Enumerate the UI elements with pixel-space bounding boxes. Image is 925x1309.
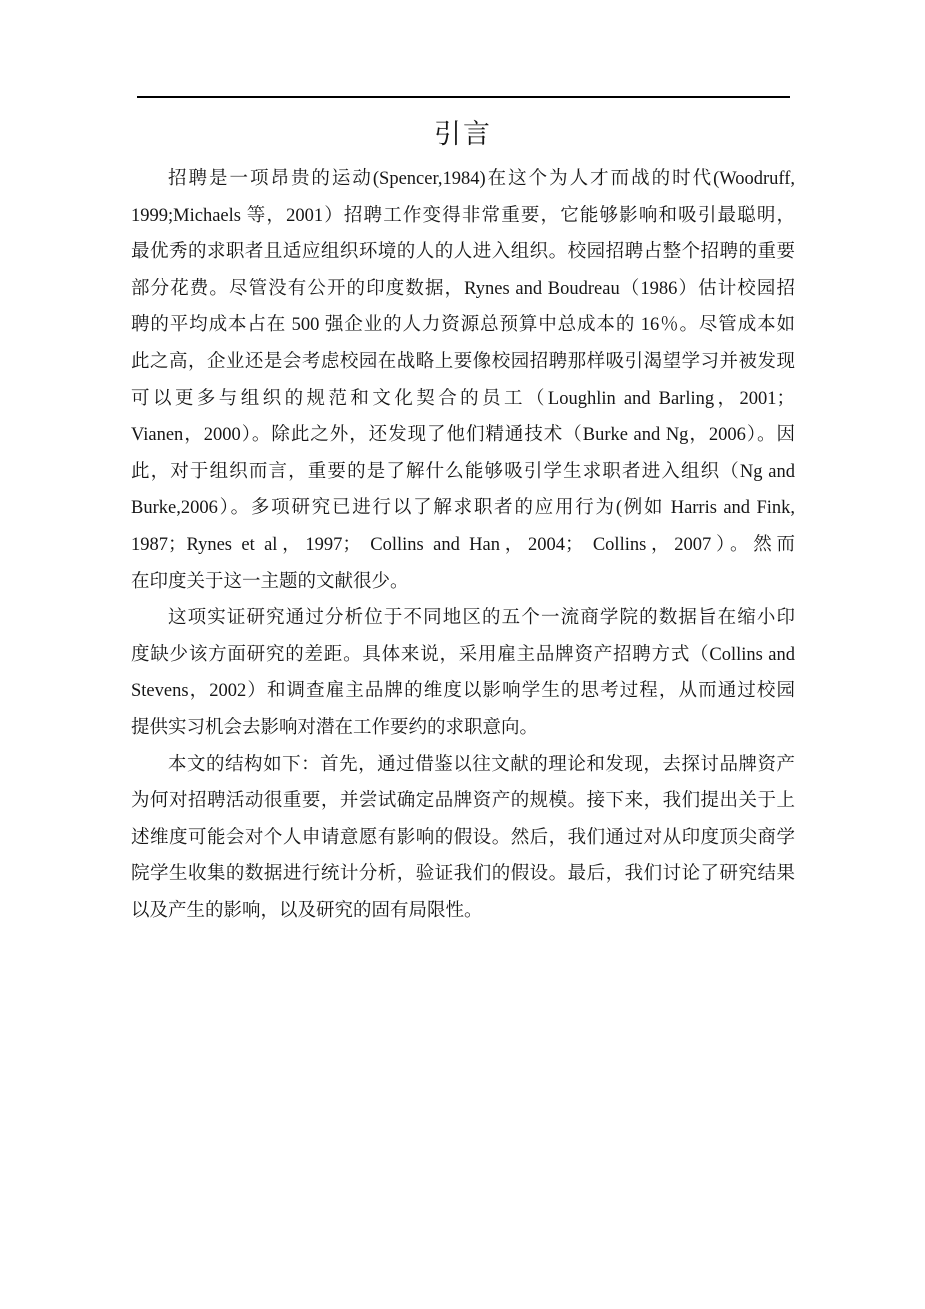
text-line: 此，对于组织而言，重要的是了解什么能够吸引学生求职者进入组织（Ng and [131, 454, 795, 491]
text-line: 最优秀的求职者且适应组织环境的人的人进入组织。校园招聘占整个招聘的重要 [131, 234, 795, 271]
section-title: 引言 [131, 117, 795, 151]
text-line: 度缺少该方面研究的差距。具体来说，采用雇主品牌资产招聘方式（Collins an… [131, 637, 795, 674]
text-line: Vianen，2000）。除此之外，还发现了他们精通技术（Burke and N… [131, 417, 795, 454]
paragraph: 招聘是一项昂贵的运动(Spencer,1984)在这个为人才而战的时代(Wood… [131, 161, 795, 600]
text-line: 为何对招聘活动很重要，并尝试确定品牌资产的规模。接下来，我们提出关于上 [131, 783, 795, 820]
text-line: 提供实习机会去影响对潜在工作要约的求职意向。 [131, 710, 795, 747]
paragraph: 本文的结构如下：首先，通过借鉴以往文献的理论和发现，去探讨品牌资产为何对招聘活动… [131, 747, 795, 930]
text-line: 以及产生的影响，以及研究的固有局限性。 [131, 893, 795, 930]
text-line: 可以更多与组织的规范和文化契合的员工（Loughlin and Barling，… [131, 381, 795, 418]
text-line: 这项实证研究通过分析位于不同地区的五个一流商学院的数据旨在缩小印 [131, 600, 795, 637]
document-body: 招聘是一项昂贵的运动(Spencer,1984)在这个为人才而战的时代(Wood… [131, 161, 795, 929]
text-line: 本文的结构如下：首先，通过借鉴以往文献的理论和发现，去探讨品牌资产 [131, 747, 795, 784]
text-line: 招聘是一项昂贵的运动(Spencer,1984)在这个为人才而战的时代(Wood… [131, 161, 795, 198]
text-line: 聘的平均成本占在 500 强企业的人力资源总预算中总成本的 16％。尽管成本如 [131, 307, 795, 344]
document-page: 引言 招聘是一项昂贵的运动(Spencer,1984)在这个为人才而战的时代(W… [0, 0, 925, 1309]
text-line: 述维度可能会对个人申请意愿有影响的假设。然后，我们通过对从印度顶尖商学 [131, 820, 795, 857]
text-line: 1999;Michaels 等，2001）招聘工作变得非常重要，它能够影响和吸引… [131, 198, 795, 235]
text-line: 院学生收集的数据进行统计分析，验证我们的假设。最后，我们讨论了研究结果 [131, 856, 795, 893]
text-line: 部分花费。尽管没有公开的印度数据，Rynes and Boudreau（1986… [131, 271, 795, 308]
text-line: Stevens，2002）和调查雇主品牌的维度以影响学生的思考过程，从而通过校园 [131, 673, 795, 710]
header-rule [137, 96, 790, 98]
text-line: 此之高，企业还是会考虑校园在战略上要像校园招聘那样吸引渴望学习并被发现 [131, 344, 795, 381]
text-line: 1987；Rynes et al，1997； Collins and Han，2… [131, 527, 795, 564]
paragraph: 这项实证研究通过分析位于不同地区的五个一流商学院的数据旨在缩小印度缺少该方面研究… [131, 600, 795, 746]
text-line: Burke,2006）。多项研究已进行以了解求职者的应用行为(例如 Harris… [131, 490, 795, 527]
text-line: 在印度关于这一主题的文献很少。 [131, 564, 795, 601]
